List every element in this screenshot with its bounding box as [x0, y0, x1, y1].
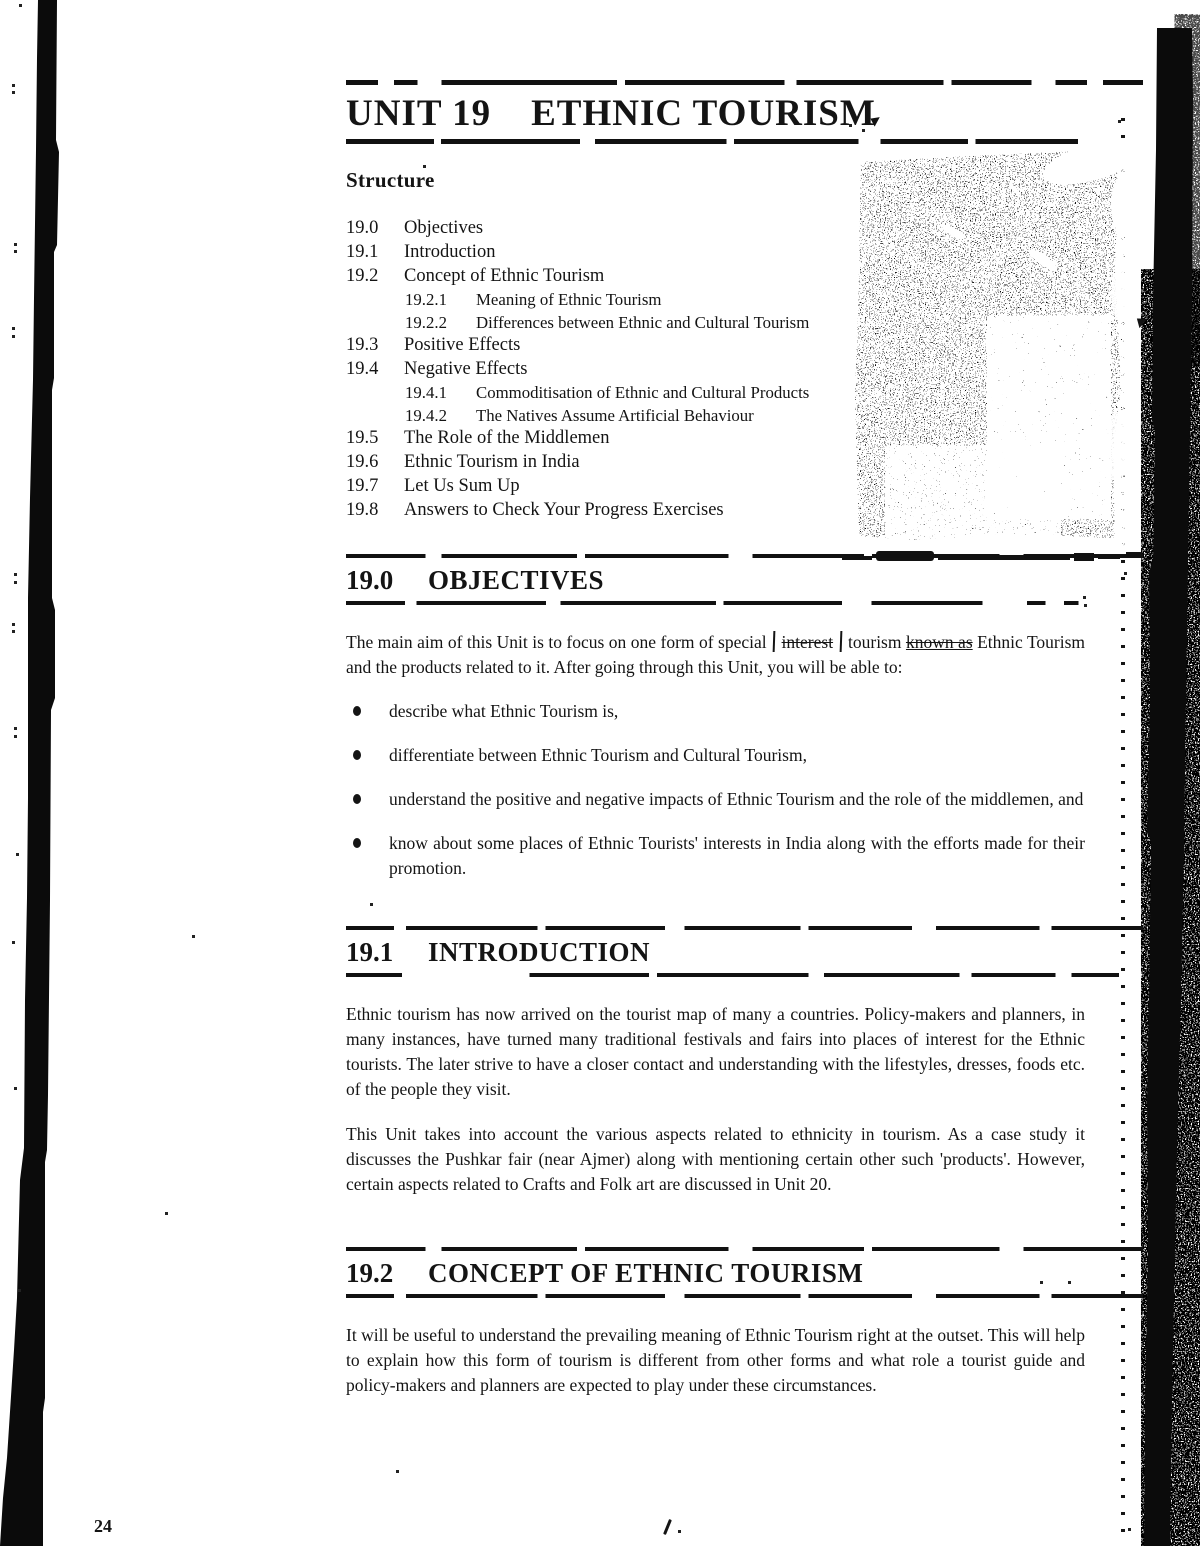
toc-item-label: The Role of the Middlemen	[404, 427, 610, 451]
concept-paragraph: It will be useful to understand the prev…	[346, 1323, 1085, 1398]
toc-item-number: 19.5	[346, 427, 404, 451]
bullet-icon	[353, 838, 361, 848]
objectives-bullet-list: describe what Ethnic Tourism is, differe…	[346, 699, 1085, 881]
pen-struck-word: known as	[906, 632, 973, 652]
toc-item-label: Ethnic Tourism in India	[404, 451, 580, 475]
pen-mark-vertical	[773, 631, 776, 652]
title-rule-bottom	[346, 139, 1078, 144]
objectives-paragraph: The main aim of this Unit is to focus on…	[346, 630, 1085, 680]
section-number: 19.1	[346, 932, 428, 972]
toc-subitem: 19.2.1Meaning of Ethnic Tourism	[346, 289, 866, 312]
toc-item: 19.1Introduction	[346, 241, 866, 265]
toc-subitem: 19.2.2Differences between Ethnic and Cul…	[346, 312, 866, 335]
toc-item-number: 19.4.1	[405, 382, 476, 405]
section-introduction: 19.1 INTRODUCTION Ethnic tourism has now…	[346, 926, 1085, 1197]
bullet-text: describe what Ethnic Tourism is,	[389, 699, 1085, 724]
section-rule-bottom	[346, 601, 1086, 605]
bullet-icon	[353, 794, 361, 804]
list-item: describe what Ethnic Tourism is,	[346, 699, 1085, 724]
unit-title-block: UNIT 19 ETHNIC TOURISM	[346, 80, 1143, 144]
section-heading: 19.0 OBJECTIVES	[346, 558, 1085, 601]
toc-item-label: Commoditisation of Ethnic and Cultural P…	[476, 382, 809, 405]
unit-number: UNIT 19	[346, 92, 491, 136]
section-concept: 19.2 CONCEPT OF ETHNIC TOURISM It will b…	[346, 1247, 1085, 1398]
section-rule-bottom	[346, 1294, 1143, 1298]
toc-item: 19.6Ethnic Tourism in India	[346, 451, 866, 475]
introduction-paragraph: Ethnic tourism has now arrived on the to…	[346, 1002, 1085, 1102]
pen-struck-word: interest	[782, 632, 834, 652]
toc-item: 19.0Objectives	[346, 217, 866, 241]
toc-item-number: 19.2.2	[405, 312, 476, 335]
introduction-paragraph: This Unit takes into account the various…	[346, 1122, 1085, 1197]
toc-subitem: 19.4.2The Natives Assume Artificial Beha…	[346, 405, 866, 428]
pen-mark-vertical	[839, 631, 842, 652]
section-objectives: 19.0 OBJECTIVES The main aim of this Uni…	[346, 554, 1085, 881]
structure-block: Structure 19.0Objectives 19.1Introductio…	[346, 168, 866, 523]
section-heading: 19.1 INTRODUCTION	[346, 930, 1085, 973]
toc-item-number: 19.3	[346, 334, 404, 358]
list-item: understand the positive and negative imp…	[346, 787, 1085, 812]
toc-item-label: Meaning of Ethnic Tourism	[476, 289, 661, 312]
toc-item-number: 19.7	[346, 475, 404, 499]
toc-item-number: 19.1	[346, 241, 404, 265]
section-heading: 19.2 CONCEPT OF ETHNIC TOURISM	[346, 1251, 1085, 1294]
toc-item-label: Let Us Sum Up	[404, 475, 520, 499]
toc-item: 19.2Concept of Ethnic Tourism	[346, 265, 866, 289]
toc-item-label: Objectives	[404, 217, 483, 241]
toc-item: 19.4Negative Effects	[346, 358, 866, 382]
pen-slash-mark	[663, 1519, 672, 1535]
paragraph-text: The main aim of this Unit is to focus on…	[346, 632, 767, 652]
toc-item-number: 19.2	[346, 265, 404, 289]
toc-item: 19.8Answers to Check Your Progress Exerc…	[346, 499, 866, 523]
scanned-document-page: UNIT 19 ETHNIC TOURISM Structure 19.0Obj…	[0, 0, 1200, 1546]
section-rule-bottom	[346, 973, 1143, 977]
paragraph-text: tourism	[848, 632, 901, 652]
section-number: 19.0	[346, 560, 428, 600]
toc-item-label: Introduction	[404, 241, 495, 265]
toc-item: 19.3Positive Effects	[346, 334, 866, 358]
toc-item-number: 19.2.1	[405, 289, 476, 312]
unit-title: UNIT 19 ETHNIC TOURISM	[346, 85, 1143, 139]
section-title: OBJECTIVES	[428, 560, 604, 600]
page-number: 24	[94, 1516, 112, 1537]
halftone-photo	[853, 150, 1125, 546]
section-number: 19.2	[346, 1253, 428, 1293]
structure-heading: Structure	[346, 168, 866, 193]
toc-item-number: 19.6	[346, 451, 404, 475]
toc-item-label: Negative Effects	[404, 358, 527, 382]
toc-item-label: Differences between Ethnic and Cultural …	[476, 312, 809, 335]
bullet-icon	[353, 706, 361, 716]
scan-speckles	[0, 0, 3, 3]
toc-item-label: Answers to Check Your Progress Exercises	[404, 499, 724, 523]
table-of-contents: 19.0Objectives 19.1Introduction 19.2Conc…	[346, 217, 866, 523]
section-title: INTRODUCTION	[428, 932, 650, 972]
section-title: CONCEPT OF ETHNIC TOURISM	[428, 1253, 863, 1293]
list-item: differentiate between Ethnic Tourism and…	[346, 743, 1085, 768]
scan-edge-bar-right	[1116, 0, 1200, 1546]
scan-edge-bar-left	[0, 0, 60, 1546]
toc-item-label: The Natives Assume Artificial Behaviour	[476, 405, 754, 428]
bullet-text: understand the positive and negative imp…	[389, 787, 1085, 812]
list-item: know about some places of Ethnic Tourist…	[346, 831, 1085, 881]
toc-item-number: 19.4	[346, 358, 404, 382]
toc-item-number: 19.0	[346, 217, 404, 241]
toc-item-label: Positive Effects	[404, 334, 520, 358]
toc-item-number: 19.8	[346, 499, 404, 523]
toc-item-number: 19.4.2	[405, 405, 476, 428]
toc-subitem: 19.4.1Commoditisation of Ethnic and Cult…	[346, 382, 866, 405]
bullet-text: differentiate between Ethnic Tourism and…	[389, 743, 1085, 768]
toc-item-label: Concept of Ethnic Tourism	[404, 265, 604, 289]
unit-name: ETHNIC TOURISM	[531, 92, 876, 136]
toc-item: 19.7Let Us Sum Up	[346, 475, 866, 499]
toc-item: 19.5The Role of the Middlemen	[346, 427, 866, 451]
bullet-text: know about some places of Ethnic Tourist…	[389, 831, 1085, 881]
bullet-icon	[353, 750, 361, 760]
